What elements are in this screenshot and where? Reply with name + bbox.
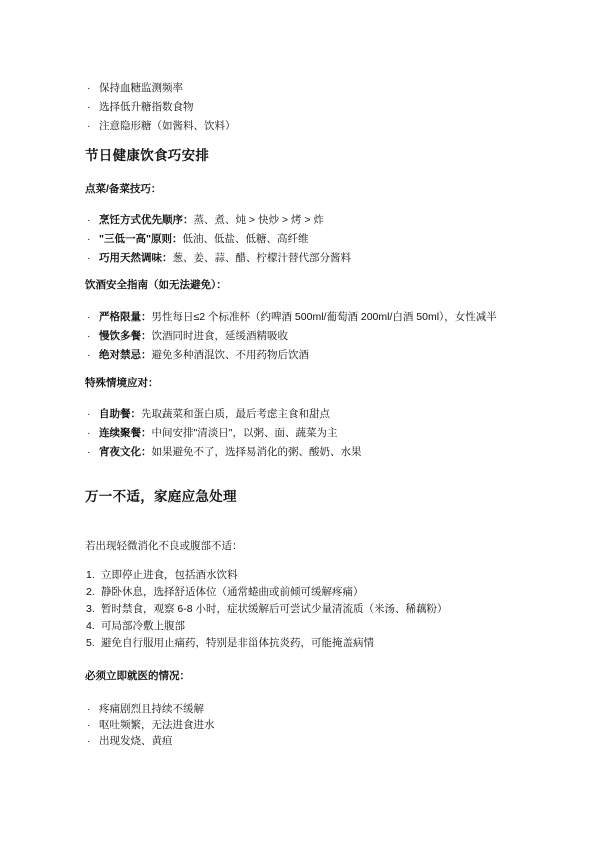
item-text: 注意隐形糖（如酱料、饮料） — [99, 118, 236, 135]
bullet-marker: · — [85, 425, 99, 442]
item-body: 蒸、煮、炖 > 快炒 > 烤 > 炸 — [194, 214, 324, 226]
step-number: 3. — [85, 601, 101, 618]
emergency-intro-text: 若出现轻微消化不良或腹部不适： — [85, 538, 595, 555]
list-item: · 连续聚餐：中间安排"清淡日"，以粥、面、蔬菜为主 — [85, 425, 595, 442]
step-number: 4. — [85, 618, 101, 635]
list-item: · 宵夜文化：如果避免不了，选择易消化的粥、酸奶、水果 — [85, 444, 595, 461]
item-text: 宵夜文化：如果避免不了，选择易消化的粥、酸奶、水果 — [99, 444, 362, 461]
item-term: "三低一高"原则： — [99, 233, 182, 245]
bullet-marker: · — [85, 250, 99, 267]
subheading-special-situations: 特殊情境应对： — [85, 375, 595, 392]
document-page: · 保持血糖监测频率 · 选择低升糖指数食物 · 注意隐形糖（如酱料、饮料） 节… — [0, 0, 595, 841]
emergency-steps-list: 1. 立即停止进食，包括酒水饮料 2. 静卧休息，选择舒适体位（通常蜷曲或前倾可… — [85, 567, 595, 652]
item-text: 慢饮多餐：饮酒同时进食，延缓酒精吸收 — [99, 328, 288, 345]
heading-festival-diet: 节日健康饮食巧安排 — [85, 146, 595, 166]
item-text: 烹饪方式优先顺序：蒸、煮、炖 > 快炒 > 烤 > 炸 — [99, 212, 324, 229]
bullet-marker: · — [85, 347, 99, 364]
item-body: 饮酒同时进食，延缓酒精吸收 — [152, 330, 289, 342]
list-item: 1. 立即停止进食，包括酒水饮料 — [85, 567, 595, 584]
bullet-marker: · — [85, 717, 99, 733]
item-text: 连续聚餐：中间安排"清淡日"，以粥、面、蔬菜为主 — [99, 425, 337, 442]
step-number: 1. — [85, 567, 101, 584]
item-text: 自助餐：先取蔬菜和蛋白质，最后考虑主食和甜点 — [99, 406, 330, 423]
bullet-marker: · — [85, 80, 99, 97]
blood-sugar-tips-list: · 保持血糖监测频率 · 选择低升糖指数食物 · 注意隐形糖（如酱料、饮料） — [85, 80, 595, 135]
special-situations-list: · 自助餐：先取蔬菜和蛋白质，最后考虑主食和甜点 · 连续聚餐：中间安排"清淡日… — [85, 406, 595, 461]
item-term: 慢饮多餐： — [99, 330, 152, 342]
item-term: 宵夜文化： — [99, 446, 152, 458]
list-item: 3. 暂时禁食，观察 6-8 小时，症状缓解后可尝试少量清流质（米汤、稀藕粉） — [85, 601, 595, 618]
item-body: 男性每日≤2 个标准杯（约啤酒 500ml/葡萄酒 200ml/白酒 50ml）… — [152, 311, 497, 323]
cooking-tips-list: · 烹饪方式优先顺序：蒸、煮、炖 > 快炒 > 烤 > 炸 · "三低一高"原则… — [85, 212, 595, 267]
item-term: 自助餐： — [99, 408, 141, 420]
list-item: · 自助餐：先取蔬菜和蛋白质，最后考虑主食和甜点 — [85, 406, 595, 423]
item-body: 低油、低盐、低糖、高纤维 — [182, 233, 308, 245]
bullet-marker: · — [85, 701, 99, 717]
item-text: 立即停止进食，包括酒水饮料 — [101, 567, 238, 584]
item-body: 如果避免不了，选择易消化的粥、酸奶、水果 — [152, 446, 362, 458]
bullet-marker: · — [85, 733, 99, 749]
list-item: · 选择低升糖指数食物 — [85, 99, 595, 116]
item-text: 严格限量：男性每日≤2 个标准杯（约啤酒 500ml/葡萄酒 200ml/白酒 … — [99, 309, 497, 326]
list-item: · 绝对禁忌：避免多种酒混饮、不用药物后饮酒 — [85, 347, 595, 364]
list-item: · 巧用天然调味：葱、姜、蒜、醋、柠檬汁替代部分酱料 — [85, 250, 595, 267]
list-item: · 严格限量：男性每日≤2 个标准杯（约啤酒 500ml/葡萄酒 200ml/白… — [85, 309, 595, 326]
list-item: · 呕吐频繁，无法进食进水 — [85, 717, 595, 733]
heading-emergency-handling: 万一不适，家庭应急处理 — [85, 487, 595, 507]
item-term: 严格限量： — [99, 311, 152, 323]
item-text: 疼痛剧烈且持续不缓解 — [99, 701, 204, 717]
item-term: 烹饪方式优先顺序： — [99, 214, 194, 226]
item-text: 避免自行服用止痛药，特别是非甾体抗炎药，可能掩盖病情 — [101, 635, 374, 652]
item-text: 出现发烧、黄疸 — [99, 733, 173, 749]
item-term: 绝对禁忌： — [99, 349, 152, 361]
item-body: 避免多种酒混饮、不用药物后饮酒 — [152, 349, 310, 361]
item-text: "三低一高"原则：低油、低盐、低糖、高纤维 — [99, 231, 308, 248]
subheading-see-doctor: 必须立即就医的情况： — [85, 668, 595, 685]
item-text: 可局部冷敷上腹部 — [101, 618, 185, 635]
list-item: · 注意隐形糖（如酱料、饮料） — [85, 118, 595, 135]
list-item: · 烹饪方式优先顺序：蒸、煮、炖 > 快炒 > 烤 > 炸 — [85, 212, 595, 229]
bullet-marker: · — [85, 118, 99, 135]
item-body: 葱、姜、蒜、醋、柠檬汁替代部分酱料 — [173, 252, 352, 264]
list-item: · 疼痛剧烈且持续不缓解 — [85, 701, 595, 717]
item-text: 绝对禁忌：避免多种酒混饮、不用药物后饮酒 — [99, 347, 309, 364]
item-text: 巧用天然调味：葱、姜、蒜、醋、柠檬汁替代部分酱料 — [99, 250, 351, 267]
item-text: 选择低升糖指数食物 — [99, 99, 194, 116]
list-item: · "三低一高"原则：低油、低盐、低糖、高纤维 — [85, 231, 595, 248]
list-item: · 慢饮多餐：饮酒同时进食，延缓酒精吸收 — [85, 328, 595, 345]
see-doctor-list: · 疼痛剧烈且持续不缓解 · 呕吐频繁，无法进食进水 · 出现发烧、黄疸 — [85, 701, 595, 749]
item-body: 中间安排"清淡日"，以粥、面、蔬菜为主 — [152, 427, 338, 439]
bullet-marker: · — [85, 212, 99, 229]
item-text: 静卧休息，选择舒适体位（通常蜷曲或前倾可缓解疼痛） — [101, 584, 364, 601]
bullet-marker: · — [85, 231, 99, 248]
list-item: · 出现发烧、黄疸 — [85, 733, 595, 749]
item-text: 保持血糖监测频率 — [99, 80, 183, 97]
bullet-marker: · — [85, 444, 99, 461]
list-item: · 保持血糖监测频率 — [85, 80, 595, 97]
list-item: 4. 可局部冷敷上腹部 — [85, 618, 595, 635]
step-number: 5. — [85, 635, 101, 652]
bullet-marker: · — [85, 406, 99, 423]
item-body: 先取蔬菜和蛋白质，最后考虑主食和甜点 — [141, 408, 330, 420]
bullet-marker: · — [85, 309, 99, 326]
item-text: 暂时禁食，观察 6-8 小时，症状缓解后可尝试少量清流质（米汤、稀藕粉） — [101, 601, 448, 618]
item-term: 连续聚餐： — [99, 427, 152, 439]
item-term: 巧用天然调味： — [99, 252, 173, 264]
list-item: 2. 静卧休息，选择舒适体位（通常蜷曲或前倾可缓解疼痛） — [85, 584, 595, 601]
bullet-marker: · — [85, 99, 99, 116]
step-number: 2. — [85, 584, 101, 601]
subheading-ordering-tips: 点菜/备菜技巧： — [85, 181, 595, 198]
list-item: 5. 避免自行服用止痛药，特别是非甾体抗炎药，可能掩盖病情 — [85, 635, 595, 652]
alcohol-safety-list: · 严格限量：男性每日≤2 个标准杯（约啤酒 500ml/葡萄酒 200ml/白… — [85, 309, 595, 364]
item-text: 呕吐频繁，无法进食进水 — [99, 717, 215, 733]
subheading-alcohol-safety: 饮酒安全指南（如无法避免）： — [85, 277, 595, 294]
bullet-marker: · — [85, 328, 99, 345]
